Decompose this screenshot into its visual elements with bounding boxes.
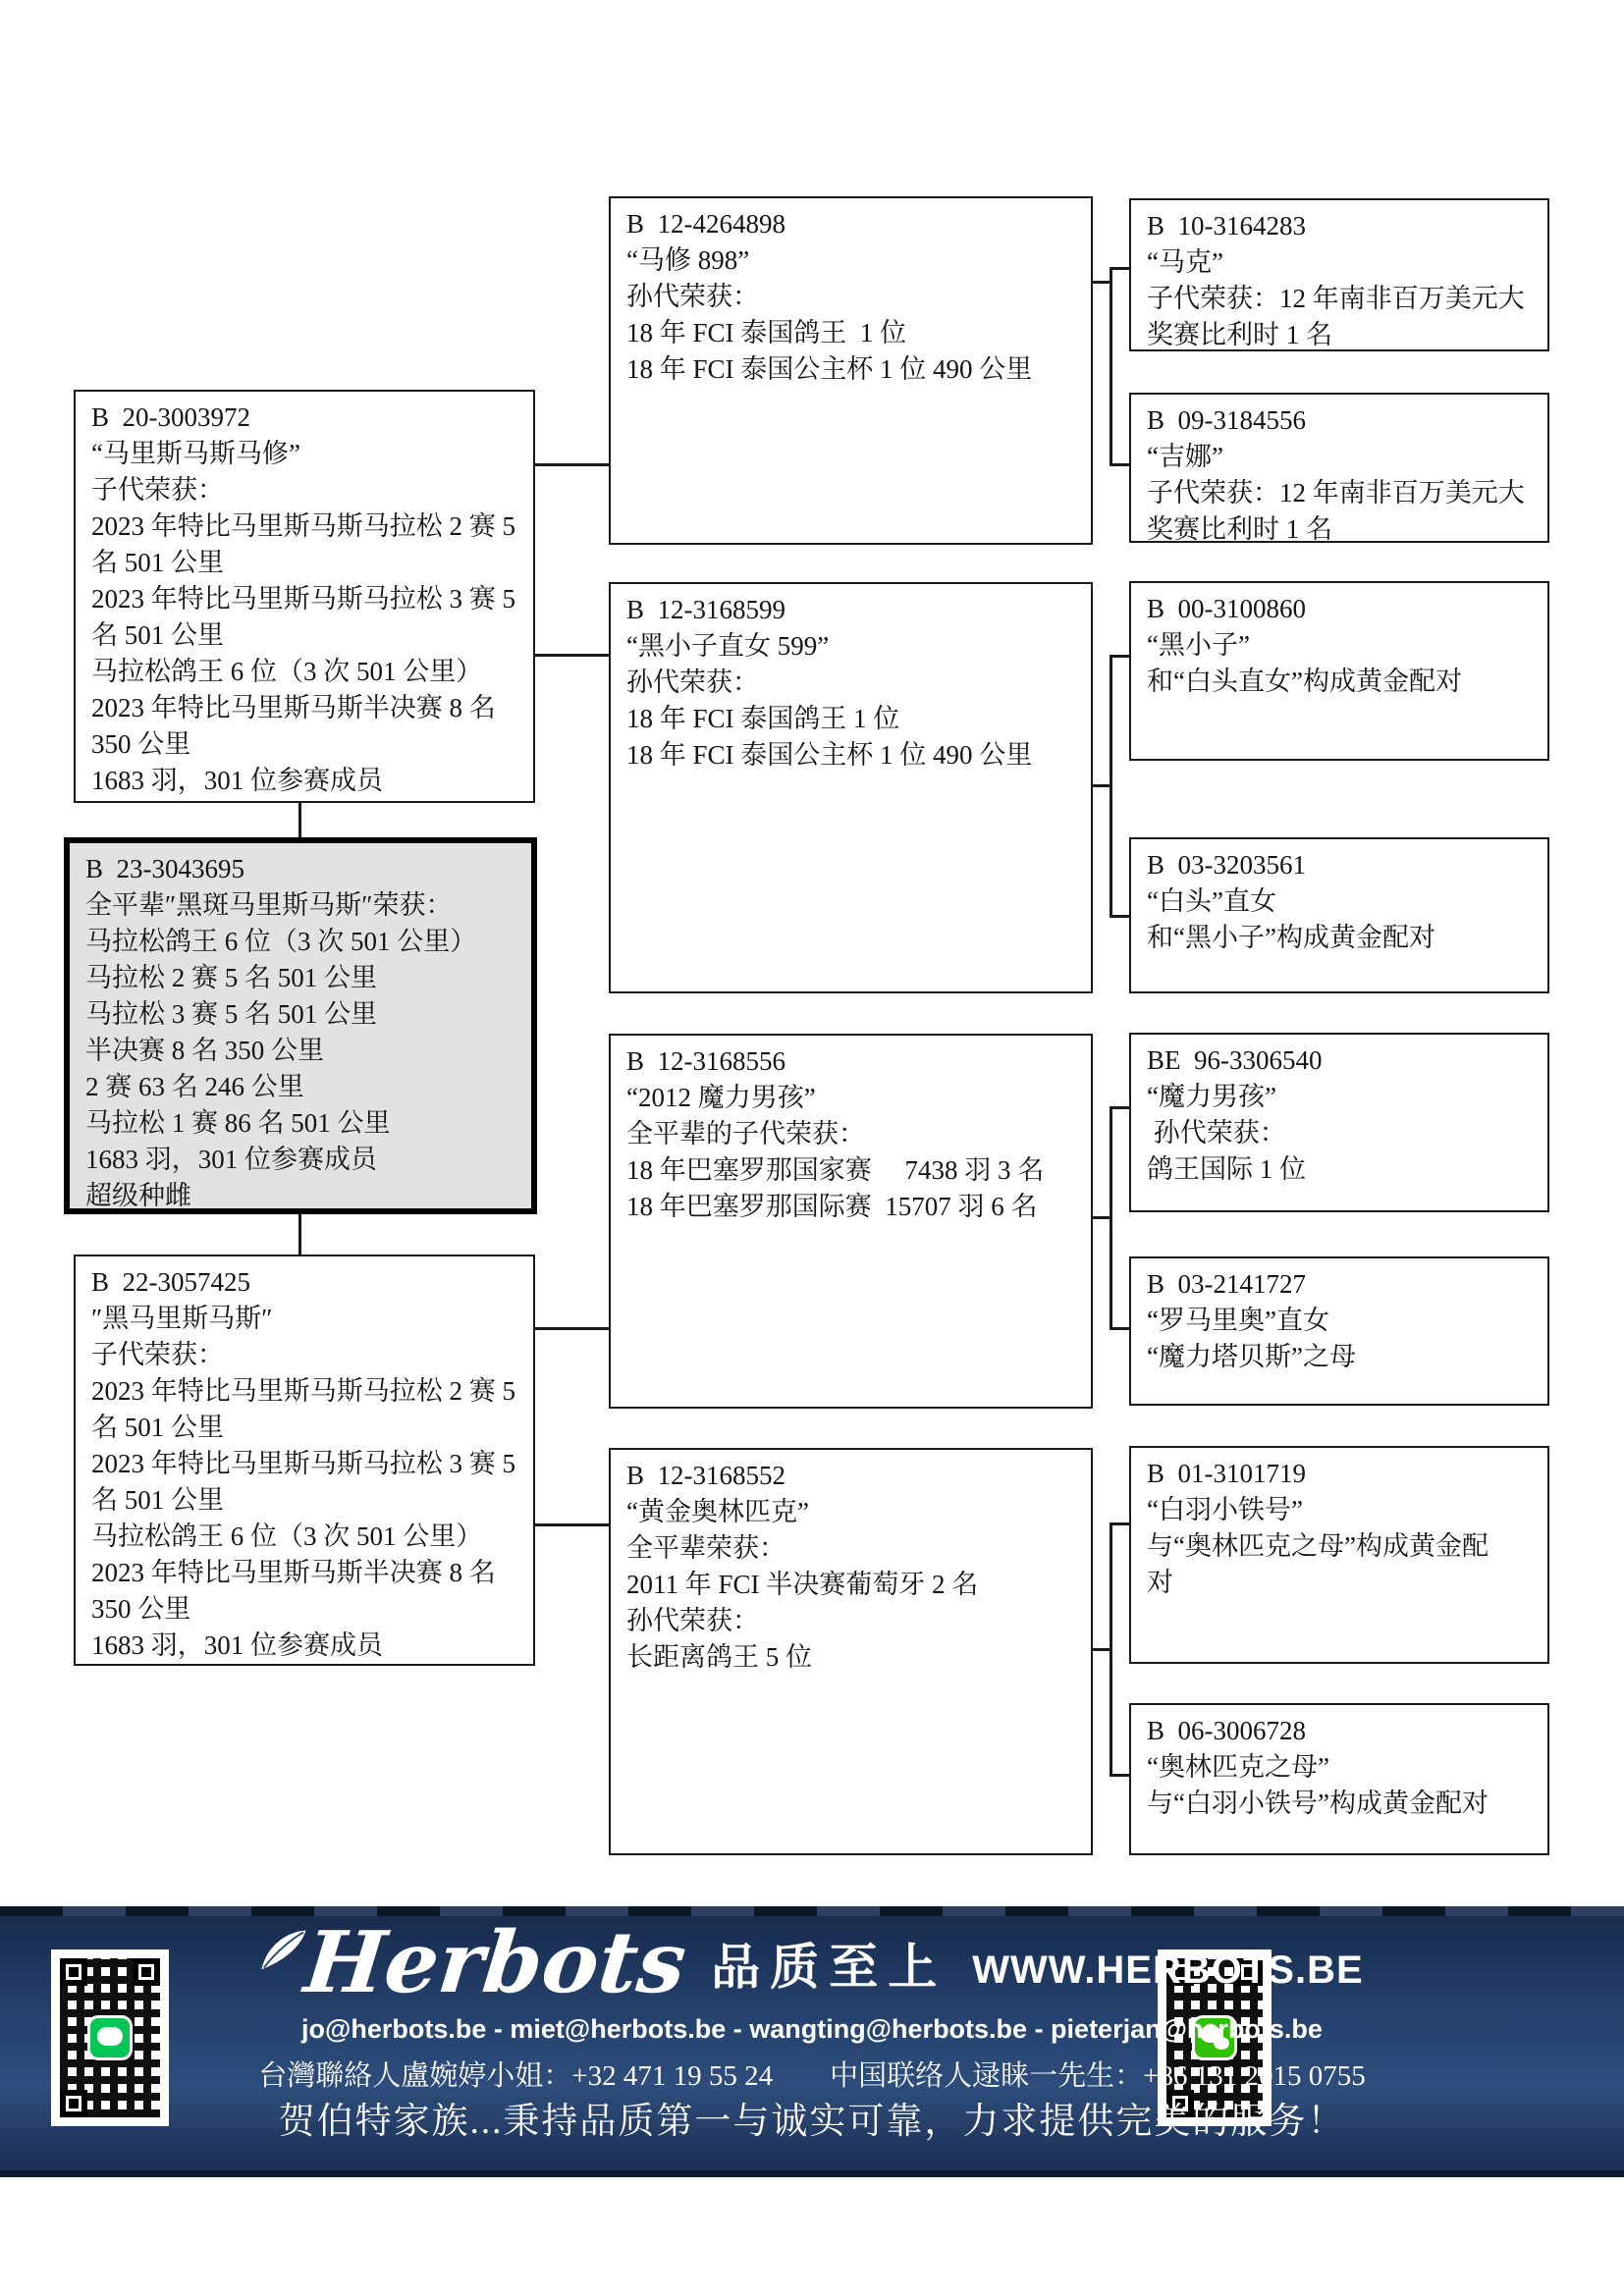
- pedigree-text-line: 长距离鸽王 5 位: [626, 1639, 1083, 1676]
- pedigree-text-line: B 10-3164283: [1147, 208, 1540, 244]
- footer-brand-row: Herbots 品质至上 WWW.HERBOTS.BE: [167, 1916, 1457, 2010]
- pedigree-text-line: 2023 年特比马里斯马斯半决赛 8 名: [91, 690, 525, 726]
- connector-line: [1110, 1106, 1129, 1109]
- connector-line: [1110, 1522, 1112, 1777]
- pedigree-text-line: 18 年 FCI 泰国鸽王 1 位: [626, 315, 1083, 351]
- pedigree-text-line: 名 501 公里: [91, 545, 525, 581]
- pedigree-text-line: 350 公里: [91, 1591, 525, 1628]
- pedigree-text-line: 与“白羽小铁号”构成黄金配对: [1147, 1786, 1540, 1822]
- pedigree-text-line: 18 年巴塞罗那国际赛 15707 羽 6 名: [626, 1189, 1083, 1225]
- pedigree-text-line: B 12-3168556: [626, 1043, 1083, 1080]
- pedigree-box-gg1: B 10-3164283“马克”子代荣获：12 年南非百万美元大奖赛比利时 1 …: [1129, 198, 1549, 351]
- connector-line: [1110, 267, 1129, 270]
- pedigree-text-line: 2 赛 63 名 246 公里: [85, 1069, 523, 1105]
- line-icon: [87, 2015, 133, 2060]
- pedigree-text-line: 马拉松 3 赛 5 名 501 公里: [85, 996, 523, 1033]
- footer-contacts: 台灣聯絡人盧婉婷小姐：+32 471 19 55 24 中国联络人逯睐一先生：+…: [167, 2054, 1457, 2094]
- pedigree-text-line: 马拉松 1 赛 86 名 501 公里: [85, 1105, 523, 1142]
- pedigree-text-line: B 01-3101719: [1147, 1456, 1540, 1492]
- pedigree-text-line: B 03-3203561: [1147, 847, 1540, 883]
- pedigree-box-gg3: B 00-3100860“黑小子”和“白头直女”构成黄金配对: [1129, 581, 1549, 761]
- pedigree-text-line: 2023 年特比马里斯马斯半决赛 8 名: [91, 1555, 525, 1591]
- pedigree-text-line: 马拉松鸽王 6 位（3 次 501 公里）: [85, 924, 523, 960]
- pedigree-text-line: “白羽小铁号”: [1147, 1492, 1540, 1528]
- pedigree-text-line: 子代荣获：: [91, 1337, 525, 1373]
- pedigree-box-dam-dam: B 12-3168552“黄金奥林匹克”全平辈荣获：2011 年 FCI 半决赛…: [609, 1448, 1093, 1855]
- pedigree-text-line: “奥林匹克之母”: [1147, 1749, 1540, 1786]
- pedigree-text-line: B 20-3003972: [91, 400, 525, 436]
- pedigree-text-line: “黄金奥林匹克”: [626, 1494, 1083, 1530]
- pedigree-text-line: 全平辈荣获：: [626, 1530, 1083, 1567]
- pedigree-text-line: 1683 羽，301 位参赛成员: [91, 763, 525, 799]
- pedigree-text-line: 马拉松鸽王 6 位（3 次 501 公里）: [91, 654, 525, 690]
- pedigree-text-line: “黑小子直女 599”: [626, 628, 1083, 665]
- pedigree-text-line: 马拉松 2 赛 5 名 501 公里: [85, 960, 523, 996]
- pedigree-text-line: 超级种雌: [85, 1178, 523, 1214]
- website-url: WWW.HERBOTS.BE: [972, 1949, 1363, 1993]
- pedigree-text-line: “马克”: [1147, 244, 1540, 281]
- pedigree-text-line: B 00-3100860: [1147, 591, 1540, 627]
- pedigree-text-line: 2023 年特比马里斯马斯马拉松 3 赛 5: [91, 581, 525, 617]
- connector-line: [1110, 1106, 1112, 1330]
- connector-line: [535, 654, 609, 657]
- connector-line: [535, 1523, 609, 1526]
- pedigree-text-line: 孙代荣获：: [626, 279, 1083, 315]
- pedigree-page: B 20-3003972“马里斯马斯马修”子代荣获：2023 年特比马里斯马斯马…: [0, 0, 1624, 2296]
- pedigree-text-line: 鸽王国际 1 位: [1147, 1151, 1540, 1188]
- taiwan-contact: 台灣聯絡人盧婉婷小姐：+32 471 19 55 24: [258, 2054, 773, 2094]
- pedigree-box-sire-dam: B 12-3168599“黑小子直女 599”孙代荣获：18 年 FCI 泰国鸽…: [609, 582, 1093, 993]
- pedigree-text-line: B 22-3057425: [91, 1264, 525, 1301]
- pedigree-text-line: 2023 年特比马里斯马斯马拉松 2 赛 5: [91, 508, 525, 545]
- pedigree-text-line: “黑小子”: [1147, 627, 1540, 664]
- connector-line: [1110, 655, 1112, 918]
- pedigree-box-subject: B 23-3043695全平辈″黑斑马里斯马斯″荣获：马拉松鸽王 6 位（3 次…: [64, 837, 537, 1214]
- brand-tagline: 品质至上: [711, 1928, 947, 1999]
- pedigree-box-gg7: B 01-3101719“白羽小铁号”与“奥林匹克之母”构成黄金配对: [1129, 1446, 1549, 1664]
- connector-line: [1110, 1522, 1129, 1525]
- pedigree-text-line: 1683 羽，301 位参赛成员: [85, 1142, 523, 1178]
- pedigree-box-gg2: B 09-3184556“吉娜”子代荣获：12 年南非百万美元大奖赛比利时 1 …: [1129, 393, 1549, 543]
- pedigree-text-line: 18 年巴塞罗那国家赛 7438 羽 3 名: [626, 1152, 1083, 1189]
- pedigree-text-line: B 12-3168552: [626, 1458, 1083, 1494]
- qr-pattern: [60, 1958, 160, 2117]
- pedigree-text-line: 1683 羽，301 位参赛成员: [91, 1628, 525, 1664]
- pedigree-box-gg6: B 03-2141727“罗马里奥”直女“魔力塔贝斯”之母: [1129, 1256, 1549, 1406]
- qr-finder-icon: [60, 1958, 87, 1986]
- connector-line: [1110, 655, 1129, 658]
- connector-line: [1110, 915, 1129, 918]
- pedigree-text-line: 2023 年特比马里斯马斯马拉松 3 赛 5: [91, 1446, 525, 1482]
- qr-finder-icon: [133, 1958, 160, 1986]
- pedigree-text-line: B 06-3006728: [1147, 1713, 1540, 1749]
- pedigree-text-line: “白头”直女: [1147, 883, 1540, 920]
- connector-line: [298, 1214, 301, 1255]
- pedigree-text-line: 名 501 公里: [91, 1410, 525, 1446]
- pedigree-text-line: 18 年 FCI 泰国公主杯 1 位 490 公里: [626, 737, 1083, 774]
- connector-line: [1110, 1327, 1129, 1330]
- pedigree-text-line: BE 96-3306540: [1147, 1042, 1540, 1079]
- footer-top-dashes: [0, 1906, 1624, 1916]
- pedigree-text-line: 2023 年特比马里斯马斯马拉松 2 赛 5: [91, 1373, 525, 1410]
- pedigree-box-sire: B 20-3003972“马里斯马斯马修”子代荣获：2023 年特比马里斯马斯马…: [74, 390, 535, 803]
- pedigree-text-line: “吉娜”: [1147, 439, 1540, 475]
- pedigree-text-line: 半决赛 8 名 350 公里: [85, 1033, 523, 1069]
- pedigree-text-line: 奖赛比利时 1 名: [1147, 511, 1540, 543]
- pedigree-text-line: 子代荣获：12 年南非百万美元大: [1147, 281, 1540, 317]
- connector-line: [1110, 463, 1129, 466]
- pedigree-text-line: “魔力男孩”: [1147, 1079, 1540, 1115]
- pedigree-text-line: 孙代荣获：: [626, 665, 1083, 701]
- pedigree-text-line: “2012 魔力男孩”: [626, 1080, 1083, 1116]
- pedigree-text-line: 对: [1147, 1565, 1540, 1601]
- qr-finder-icon: [60, 2090, 87, 2117]
- pedigree-text-line: 与“奥林匹克之母”构成黄金配: [1147, 1528, 1540, 1565]
- pedigree-text-line: ″黑马里斯马斯″: [91, 1301, 525, 1337]
- pedigree-text-line: 孙代荣获：: [1147, 1115, 1540, 1151]
- connector-line: [535, 1327, 609, 1330]
- pedigree-text-line: 2011 年 FCI 半决赛葡萄牙 2 名: [626, 1567, 1083, 1603]
- pedigree-text-line: B 09-3184556: [1147, 402, 1540, 439]
- pedigree-text-line: 和“黑小子”构成黄金配对: [1147, 920, 1540, 956]
- pedigree-text-line: 名 501 公里: [91, 1482, 525, 1519]
- pedigree-text-line: “马里斯马斯马修”: [91, 436, 525, 472]
- pedigree-text-line: 和“白头直女”构成黄金配对: [1147, 664, 1540, 700]
- connector-line: [535, 463, 609, 466]
- pedigree-box-sire-sire: B 12-4264898“马修 898”孙代荣获：18 年 FCI 泰国鸽王 1…: [609, 196, 1093, 545]
- pedigree-text-line: B 03-2141727: [1147, 1266, 1540, 1303]
- pedigree-text-line: 奖赛比利时 1 名: [1147, 317, 1540, 351]
- footer-emails: jo@herbots.be - miet@herbots.be - wangti…: [167, 2014, 1457, 2045]
- pedigree-text-line: 孙代荣获：: [626, 1603, 1083, 1639]
- pedigree-box-dam-sire: B 12-3168556“2012 魔力男孩”全平辈的子代荣获：18 年巴塞罗那…: [609, 1034, 1093, 1409]
- footer-slogan: 贺伯特家族...秉持品质第一与诚实可靠，力求提供完美的服务！: [167, 2091, 1457, 2144]
- connector-line: [1110, 267, 1112, 466]
- brand-name: Herbots: [301, 1921, 690, 2005]
- pedigree-text-line: B 12-4264898: [626, 206, 1083, 242]
- pedigree-text-line: B 12-3168599: [626, 592, 1083, 628]
- connector-line: [1110, 1774, 1129, 1777]
- china-contact: 中国联络人逯睐一先生：+86 131 2015 0755: [830, 2054, 1366, 2094]
- line-qr-code: [51, 1949, 169, 2126]
- pedigree-text-line: “魔力塔贝斯”之母: [1147, 1339, 1540, 1375]
- pedigree-text-line: 名 501 公里: [91, 617, 525, 654]
- pedigree-box-gg4: B 03-3203561“白头”直女和“黑小子”构成黄金配对: [1129, 837, 1549, 993]
- pedigree-text-line: “马修 898”: [626, 242, 1083, 279]
- pedigree-text-line: 350 公里: [91, 726, 525, 763]
- pedigree-text-line: 18 年 FCI 泰国公主杯 1 位 490 公里: [626, 351, 1083, 388]
- herbots-logo: Herbots: [256, 1921, 690, 2005]
- pedigree-text-line: “罗马里奥”直女: [1147, 1303, 1540, 1339]
- connector-line: [298, 803, 301, 837]
- pedigree-box-gg5: BE 96-3306540“魔力男孩” 孙代荣获：鸽王国际 1 位: [1129, 1033, 1549, 1212]
- feather-icon: [256, 1928, 312, 1973]
- pedigree-text-line: 子代荣获：: [91, 472, 525, 508]
- pedigree-box-gg8: B 06-3006728“奥林匹克之母”与“白羽小铁号”构成黄金配对: [1129, 1703, 1549, 1855]
- pedigree-text-line: 子代荣获：12 年南非百万美元大: [1147, 475, 1540, 511]
- pedigree-text-line: 全平辈的子代荣获：: [626, 1116, 1083, 1152]
- pedigree-text-line: 18 年 FCI 泰国鸽王 1 位: [626, 701, 1083, 737]
- pedigree-text-line: 马拉松鸽王 6 位（3 次 501 公里）: [91, 1519, 525, 1555]
- pedigree-text-line: 全平辈″黑斑马里斯马斯″荣获：: [85, 887, 523, 924]
- pedigree-text-line: B 23-3043695: [85, 851, 523, 887]
- pedigree-box-dam: B 22-3057425″黑马里斯马斯″子代荣获：2023 年特比马里斯马斯马拉…: [74, 1255, 535, 1666]
